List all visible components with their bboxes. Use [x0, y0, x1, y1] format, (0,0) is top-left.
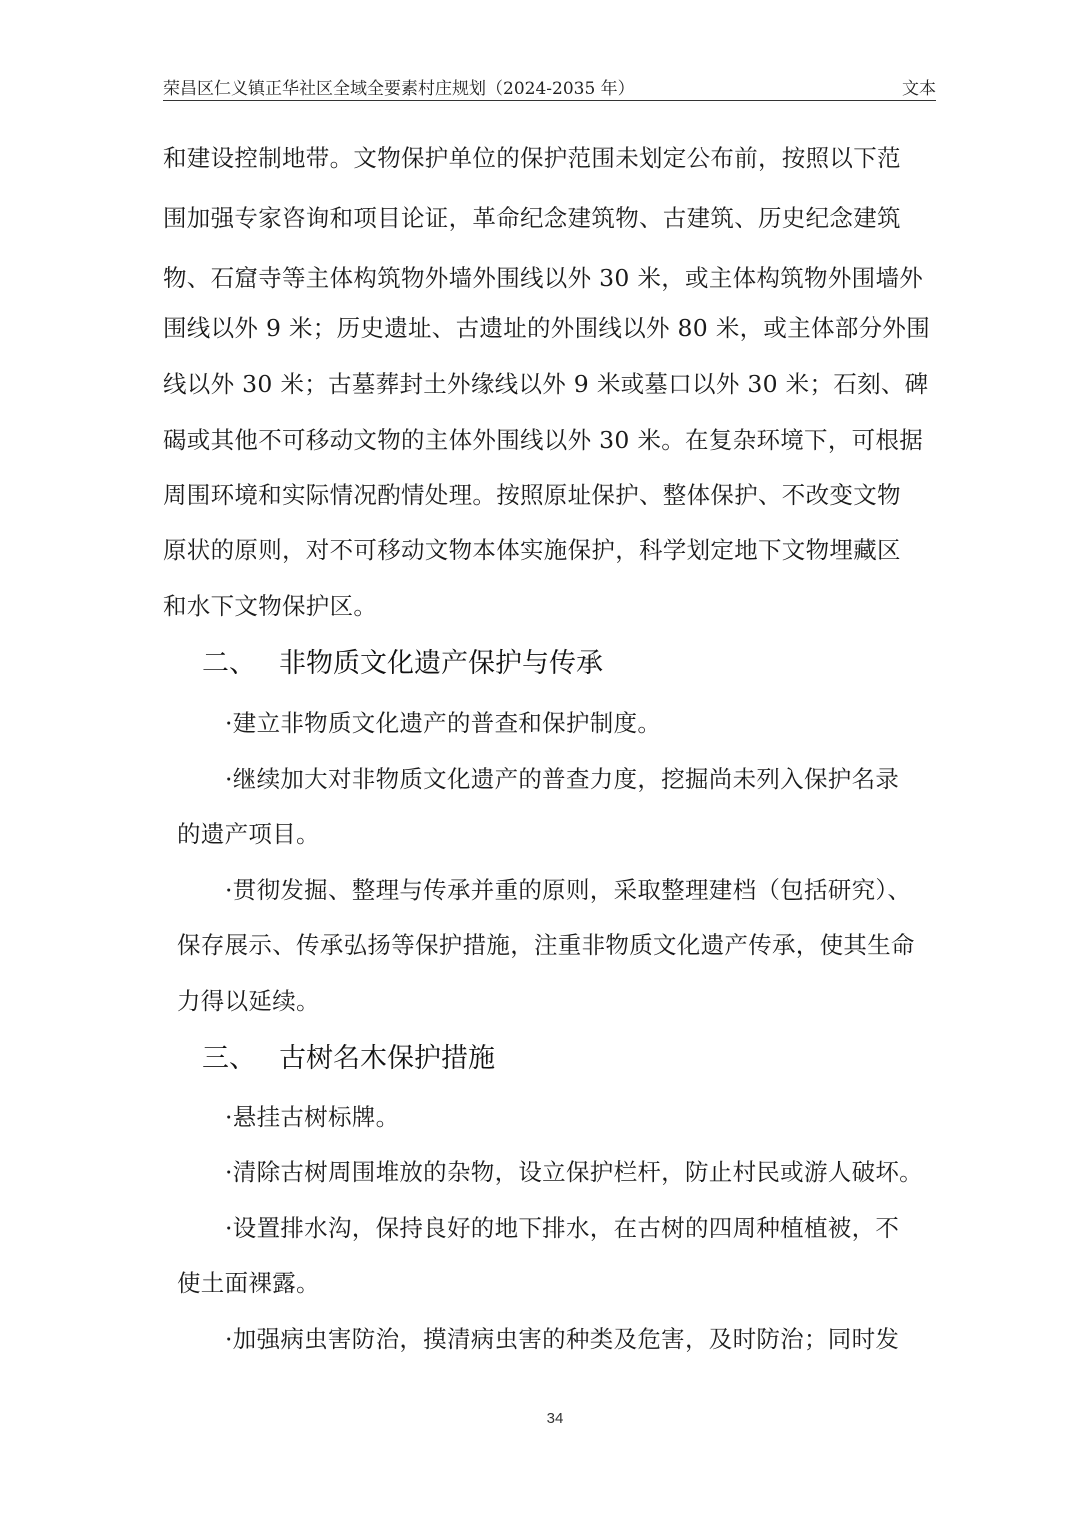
text-line: 围加强专家咨询和项目论证，革命纪念建筑物、古建筑、历史纪念建筑	[163, 203, 901, 233]
document-title: 荣昌区仁义镇正华社区全域全要素村庄规划（2024-2035 年）	[163, 78, 635, 100]
bullet-item: ·清除古树周围堆放的杂物，设立保护栏杆，防止村民或游人破坏。	[225, 1157, 923, 1187]
page-header: 荣昌区仁义镇正华社区全域全要素村庄规划（2024-2035 年） 文本	[163, 76, 936, 101]
text-line: 围线以外 9 米；历史遗址、古遗址的外围线以外 80 米，或主体部分外围	[163, 313, 930, 343]
section-label: 文本	[902, 78, 936, 100]
text-line: 周围环境和实际情况酌情处理。按照原址保护、整体保护、不改变文物	[163, 480, 901, 510]
section-heading-intangible-heritage: 二、非物质文化遗产保护与传承	[202, 648, 603, 680]
text-line: 物、石窟寺等主体构筑物外墙外围线以外 30 米，或主体构筑物外围墙外	[163, 263, 923, 293]
text-line: 原状的原则，对不可移动文物本体实施保护，科学划定地下文物埋藏区	[163, 535, 901, 565]
section-title: 古树名木保护措施	[279, 1043, 495, 1074]
text-line: 和建设控制地带。文物保护单位的保护范围未划定公布前，按照以下范	[163, 143, 901, 173]
text-line: 保存展示、传承弘扬等保护措施，注重非物质文化遗产传承，使其生命	[177, 930, 915, 960]
section-title: 非物质文化遗产保护与传承	[279, 648, 603, 679]
text-line: 力得以延续。	[177, 986, 320, 1016]
text-line: 和水下文物保护区。	[163, 591, 377, 621]
bullet-item: ·建立非物质文化遗产的普查和保护制度。	[225, 708, 661, 738]
bullet-item: ·继续加大对非物质文化遗产的普查力度，挖掘尚未列入保护名录	[225, 764, 899, 794]
bullet-item: ·贯彻发掘、整理与传承并重的原则，采取整理建档（包括研究）、	[225, 875, 911, 905]
bullet-item: ·悬挂古树标牌。	[225, 1102, 399, 1132]
bullet-item: ·设置排水沟，保持良好的地下排水，在古树的四周种植植被，不	[225, 1213, 899, 1243]
section-heading-ancient-trees: 三、古树名木保护措施	[202, 1043, 495, 1075]
page-number: 34	[0, 1410, 1074, 1427]
text-line: 碣或其他不可移动文物的主体外围线以外 30 米。在复杂环境下，可根据	[163, 425, 923, 455]
text-line: 使土面裸露。	[177, 1268, 320, 1298]
section-number: 三、	[202, 1043, 279, 1075]
text-line: 线以外 30 米；古墓葬封土外缘线以外 9 米或墓口以外 30 米；石刻、碑	[163, 369, 928, 399]
section-number: 二、	[202, 648, 279, 680]
text-line: 的遗产项目。	[177, 819, 320, 849]
bullet-item: ·加强病虫害防治，摸清病虫害的种类及危害，及时防治；同时发	[225, 1324, 899, 1354]
